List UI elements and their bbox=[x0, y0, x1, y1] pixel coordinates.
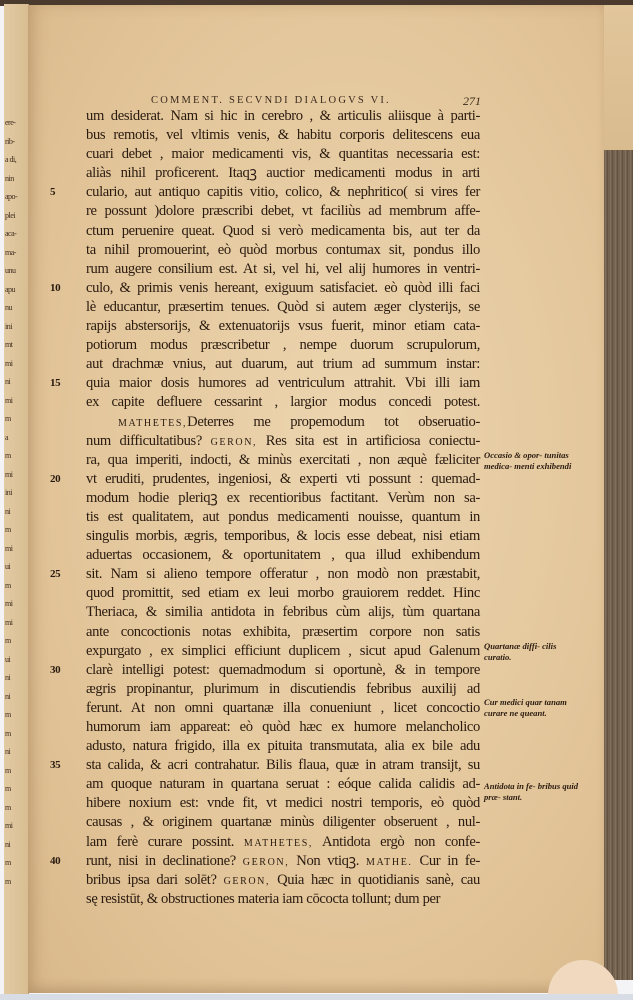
fragment: m bbox=[5, 762, 27, 781]
margin-note-quartanae: Quartanæ diffi- cilis curatio. bbox=[484, 641, 580, 663]
fragment: m bbox=[5, 521, 27, 540]
line-text: quia maior dosis humores ad ventriculum … bbox=[86, 375, 480, 391]
line-text: hibere noxium est: vnde fit, vt medici n… bbox=[86, 795, 480, 811]
running-head: COMMENT. SECVNDI DIALOGVS VI. 271 bbox=[151, 95, 481, 106]
text-line: tis est qualitatem, aut pondus medicamen… bbox=[86, 508, 480, 527]
fragment: m bbox=[5, 632, 27, 651]
text-line: cuari debet , maior medicamenti vis, & q… bbox=[86, 145, 480, 164]
text-line: ferunt. At non omni quartanæ illa conuen… bbox=[86, 699, 480, 718]
fragment: m bbox=[5, 706, 27, 725]
fragment: ini bbox=[5, 318, 27, 337]
text-line: 40runt, nisi in declinatione? GERON, Non… bbox=[86, 852, 480, 871]
line-text: Res sita est in artificiosa coniectu- bbox=[257, 433, 480, 449]
line-text: vt eruditi, prudentes, ingeniosi, & expe… bbox=[86, 471, 480, 487]
book-fore-edge bbox=[604, 150, 633, 980]
fragment: nin bbox=[5, 170, 27, 189]
fragment: m bbox=[5, 854, 27, 873]
line-text: ex capite defluere cessarint , largior m… bbox=[86, 394, 480, 410]
fragment: ui bbox=[5, 558, 27, 577]
text-line: ægris propinantur, plurimum in discutien… bbox=[86, 680, 480, 699]
fragment: ere- bbox=[5, 114, 27, 133]
fragment: m bbox=[5, 725, 27, 744]
line-number: 20 bbox=[50, 470, 74, 489]
fragment: ni bbox=[5, 669, 27, 688]
text-line: 10culo, & primis venis hereant, exiguum … bbox=[86, 279, 480, 298]
line-text: aliàs nihil proficerent. Itaqꝫ auctior m… bbox=[86, 165, 480, 181]
line-number: 25 bbox=[50, 565, 74, 584]
text-line: quod promittit, sed etiam ex leui morbo … bbox=[86, 584, 480, 603]
fragment: ni bbox=[5, 743, 27, 762]
line-text: re possunt )dolore præscribi debet, vt f… bbox=[86, 203, 480, 219]
text-line: sę resistūt, & obstructiones materia iam… bbox=[86, 890, 480, 909]
line-text: num difficultatibus? bbox=[86, 433, 211, 449]
text-line: ante concoctionis notas exhibita, præser… bbox=[86, 623, 480, 642]
line-text: culario, aut antiquo capitis vitio, coli… bbox=[86, 184, 480, 200]
line-text: humorum iam appareat: eò quòd hæc ex hum… bbox=[86, 719, 480, 735]
text-line: hibere noxium est: vnde fit, vt medici n… bbox=[86, 794, 480, 813]
fragment: ni bbox=[5, 836, 27, 855]
text-line: singulis morbis, ægris, temporibus, & lo… bbox=[86, 527, 480, 546]
line-text: rapijs abstersorijs, & extenuatorijs vsu… bbox=[86, 318, 480, 334]
fragment: ini bbox=[5, 484, 27, 503]
line-text: um desiderat. Nam si hic in cerebro , & … bbox=[86, 108, 480, 124]
line-text: ægris propinantur, plurimum in discutien… bbox=[86, 681, 480, 697]
line-text: Antidota ergò non confe- bbox=[313, 834, 480, 850]
fragment: unu bbox=[5, 262, 27, 281]
text-line: potiorum modus præscribetur , nempe duor… bbox=[86, 336, 480, 355]
previous-page-text-fragments: ere-rib-a di,ninapo-pleiaca-ma-unuapunui… bbox=[5, 114, 27, 891]
text-line: bus remotis, vel vltimis venis, & habitu… bbox=[86, 126, 480, 145]
previous-page-edge: ere-rib-a di,ninapo-pleiaca-ma-unuapunui… bbox=[4, 4, 29, 994]
text-line: causas , & originem quartanæ minùs dilig… bbox=[86, 813, 480, 832]
page-margin-right bbox=[604, 5, 633, 155]
fragment: m bbox=[5, 799, 27, 818]
speaker-name: MATHETES, bbox=[244, 838, 313, 849]
speaker-name: MATHETES, bbox=[118, 418, 187, 429]
margin-note-antidota: Antidota in fe- bribus quid præ- stant. bbox=[484, 781, 580, 803]
text-line: adusto, natura frigido, illa ex pituita … bbox=[86, 737, 480, 756]
speaker-name: GERON, bbox=[243, 857, 290, 868]
text-line: bribus ipsa dari solēt? GERON, Quia hæc … bbox=[86, 871, 480, 890]
fragment: mi bbox=[5, 466, 27, 485]
fragment: mi bbox=[5, 355, 27, 374]
fragment: mi bbox=[5, 392, 27, 411]
text-line: aduertas occasionem, & oportunitatem , q… bbox=[86, 546, 480, 565]
fragment: ni bbox=[5, 688, 27, 707]
fragment: mi bbox=[5, 540, 27, 559]
fragment: plei bbox=[5, 207, 27, 226]
text-line: 30clarè intelligi potest: quemadmodum si… bbox=[86, 661, 480, 680]
text-line: ex capite defluere cessarint , largior m… bbox=[86, 393, 480, 412]
fragment: m bbox=[5, 577, 27, 596]
fragment: apo- bbox=[5, 188, 27, 207]
line-text: clarè intelligi potest: quemadmodum si o… bbox=[86, 662, 480, 678]
text-line: 15quia maior dosis humores ad ventriculu… bbox=[86, 374, 480, 393]
line-text: expurgato , ex simplici efficiunt duplic… bbox=[86, 643, 480, 659]
line-text: adusto, natura frigido, illa ex pituita … bbox=[86, 738, 480, 754]
line-text: modum hodie pleriqꝫ ex recentioribus fac… bbox=[86, 490, 480, 506]
speaker-name: GERON, bbox=[224, 876, 271, 887]
line-text: sę resistūt, & obstructiones materia iam… bbox=[86, 891, 440, 907]
fragment: a bbox=[5, 429, 27, 448]
fragment: ui bbox=[5, 651, 27, 670]
line-text: sta calida, & acri contrahatur. Bilis fl… bbox=[86, 757, 480, 773]
margin-note-cur-medici: Cur medici quar tanam curare ne queant. bbox=[484, 697, 580, 719]
text-line: num difficultatibus? GERON, Res sita est… bbox=[86, 432, 480, 451]
line-text: Cur in fe- bbox=[413, 853, 480, 869]
fragment: m bbox=[5, 873, 27, 892]
text-line: 5culario, aut antiquo capitis vitio, col… bbox=[86, 183, 480, 202]
fragment: ma- bbox=[5, 244, 27, 263]
line-text: ctum peruenire queat. Quod si verò medic… bbox=[86, 223, 480, 239]
fragment: a di, bbox=[5, 151, 27, 170]
body-text: um desiderat. Nam si hic in cerebro , & … bbox=[86, 107, 480, 909]
line-text: tis est qualitatem, aut pondus medicamen… bbox=[86, 509, 480, 525]
line-text: aduertas occasionem, & oportunitatem , q… bbox=[86, 547, 480, 563]
fragment: aca- bbox=[5, 225, 27, 244]
line-text: runt, nisi in declinatione? bbox=[86, 853, 243, 869]
text-line: 35sta calida, & acri contrahatur. Bilis … bbox=[86, 756, 480, 775]
line-text: Deterres me propemodum tot obseruatio- bbox=[187, 414, 480, 430]
text-line: rapijs abstersorijs, & extenuatorijs vsu… bbox=[86, 317, 480, 336]
text-line: 20vt eruditi, prudentes, ingeniosi, & ex… bbox=[86, 470, 480, 489]
fragment: m bbox=[5, 780, 27, 799]
line-number: 35 bbox=[50, 756, 74, 775]
margin-note-occasio: Occasio & opor- tunitas medica- menti ex… bbox=[484, 450, 580, 472]
line-number: 30 bbox=[50, 661, 74, 680]
fragment: ni bbox=[5, 373, 27, 392]
line-text: singulis morbis, ægris, temporibus, & lo… bbox=[86, 528, 480, 544]
fragment: m bbox=[5, 410, 27, 429]
line-text: Theriaca, & similia antidota in febribus… bbox=[86, 604, 480, 620]
scan-background-bottom bbox=[0, 994, 633, 1000]
text-line: ctum peruenire queat. Quod si verò medic… bbox=[86, 222, 480, 241]
text-line: lam ferè curare possint. MATHETES, Antid… bbox=[86, 833, 480, 852]
text-line: MATHETES,Deterres me propemodum tot obse… bbox=[86, 413, 480, 432]
line-text: quod promittit, sed etiam ex leui morbo … bbox=[86, 585, 480, 601]
fragment: ni bbox=[5, 503, 27, 522]
line-text: cuari debet , maior medicamenti vis, & q… bbox=[86, 146, 480, 162]
line-text: lè educantur, præsertim tenues. Quòd si … bbox=[86, 299, 480, 315]
line-text: am quoque naturam in quartana seruat : e… bbox=[86, 776, 480, 792]
line-text: culo, & primis venis hereant, exiguum sa… bbox=[86, 280, 480, 296]
line-number: 40 bbox=[50, 852, 74, 871]
line-text: ferunt. At non omni quartanæ illa conuen… bbox=[86, 700, 480, 716]
line-text: bribus ipsa dari solēt? bbox=[86, 872, 224, 888]
line-number: 10 bbox=[50, 279, 74, 298]
text-line: Theriaca, & similia antidota in febribus… bbox=[86, 603, 480, 622]
text-line: expurgato , ex simplici efficiunt duplic… bbox=[86, 642, 480, 661]
line-text: aut drachmæ vnius, aut duarum, aut trium… bbox=[86, 356, 480, 372]
text-line: rum augere consilium est. At si, vel hi,… bbox=[86, 260, 480, 279]
text-line: lè educantur, præsertim tenues. Quòd si … bbox=[86, 298, 480, 317]
line-text: ta nihil promouerint, eò quòd morbus con… bbox=[86, 242, 480, 258]
line-text: rum augere consilium est. At si, vel hi,… bbox=[86, 261, 480, 277]
fragment: apu bbox=[5, 281, 27, 300]
fragment: rib- bbox=[5, 133, 27, 152]
text-line: re possunt )dolore præscribi debet, vt f… bbox=[86, 202, 480, 221]
fragment: mi bbox=[5, 817, 27, 836]
line-text: lam ferè curare possint. bbox=[86, 834, 244, 850]
text-line: ta nihil promouerint, eò quòd morbus con… bbox=[86, 241, 480, 260]
running-head-title: COMMENT. SECVNDI DIALOGVS VI. bbox=[151, 95, 391, 106]
text-line: modum hodie pleriqꝫ ex recentioribus fac… bbox=[86, 489, 480, 508]
line-text: ra, qua imperiti, indocti, & minùs exerc… bbox=[86, 452, 480, 468]
text-line: humorum iam appareat: eò quòd hæc ex hum… bbox=[86, 718, 480, 737]
line-number: 15 bbox=[50, 374, 74, 393]
text-line: 25sit. Nam si alieno tempore offeratur ,… bbox=[86, 565, 480, 584]
text-line: ra, qua imperiti, indocti, & minùs exerc… bbox=[86, 451, 480, 470]
fragment: mt bbox=[5, 336, 27, 355]
fragment: m bbox=[5, 447, 27, 466]
text-line: aut drachmæ vnius, aut duarum, aut trium… bbox=[86, 355, 480, 374]
line-number: 5 bbox=[50, 183, 74, 202]
line-text: sit. Nam si alieno tempore offeratur , n… bbox=[86, 566, 480, 582]
fragment: mi bbox=[5, 614, 27, 633]
fragment: mi bbox=[5, 595, 27, 614]
text-line: am quoque naturam in quartana seruat : e… bbox=[86, 775, 480, 794]
text-line: aliàs nihil proficerent. Itaqꝫ auctior m… bbox=[86, 164, 480, 183]
line-text: Non vtiqꝫ. bbox=[289, 853, 366, 869]
line-text: Quia hæc in quotidianis sanè, cau bbox=[270, 872, 480, 888]
speaker-name: MATHE. bbox=[366, 857, 413, 868]
line-text: causas , & originem quartanæ minùs dilig… bbox=[86, 814, 480, 830]
fragment: nu bbox=[5, 299, 27, 318]
speaker-name: GERON, bbox=[211, 437, 258, 448]
line-text: ante concoctionis notas exhibita, præser… bbox=[86, 624, 480, 640]
line-text: bus remotis, vel vltimis venis, & habitu… bbox=[86, 127, 480, 143]
line-text: potiorum modus præscribetur , nempe duor… bbox=[86, 337, 480, 353]
text-line: um desiderat. Nam si hic in cerebro , & … bbox=[86, 107, 480, 126]
